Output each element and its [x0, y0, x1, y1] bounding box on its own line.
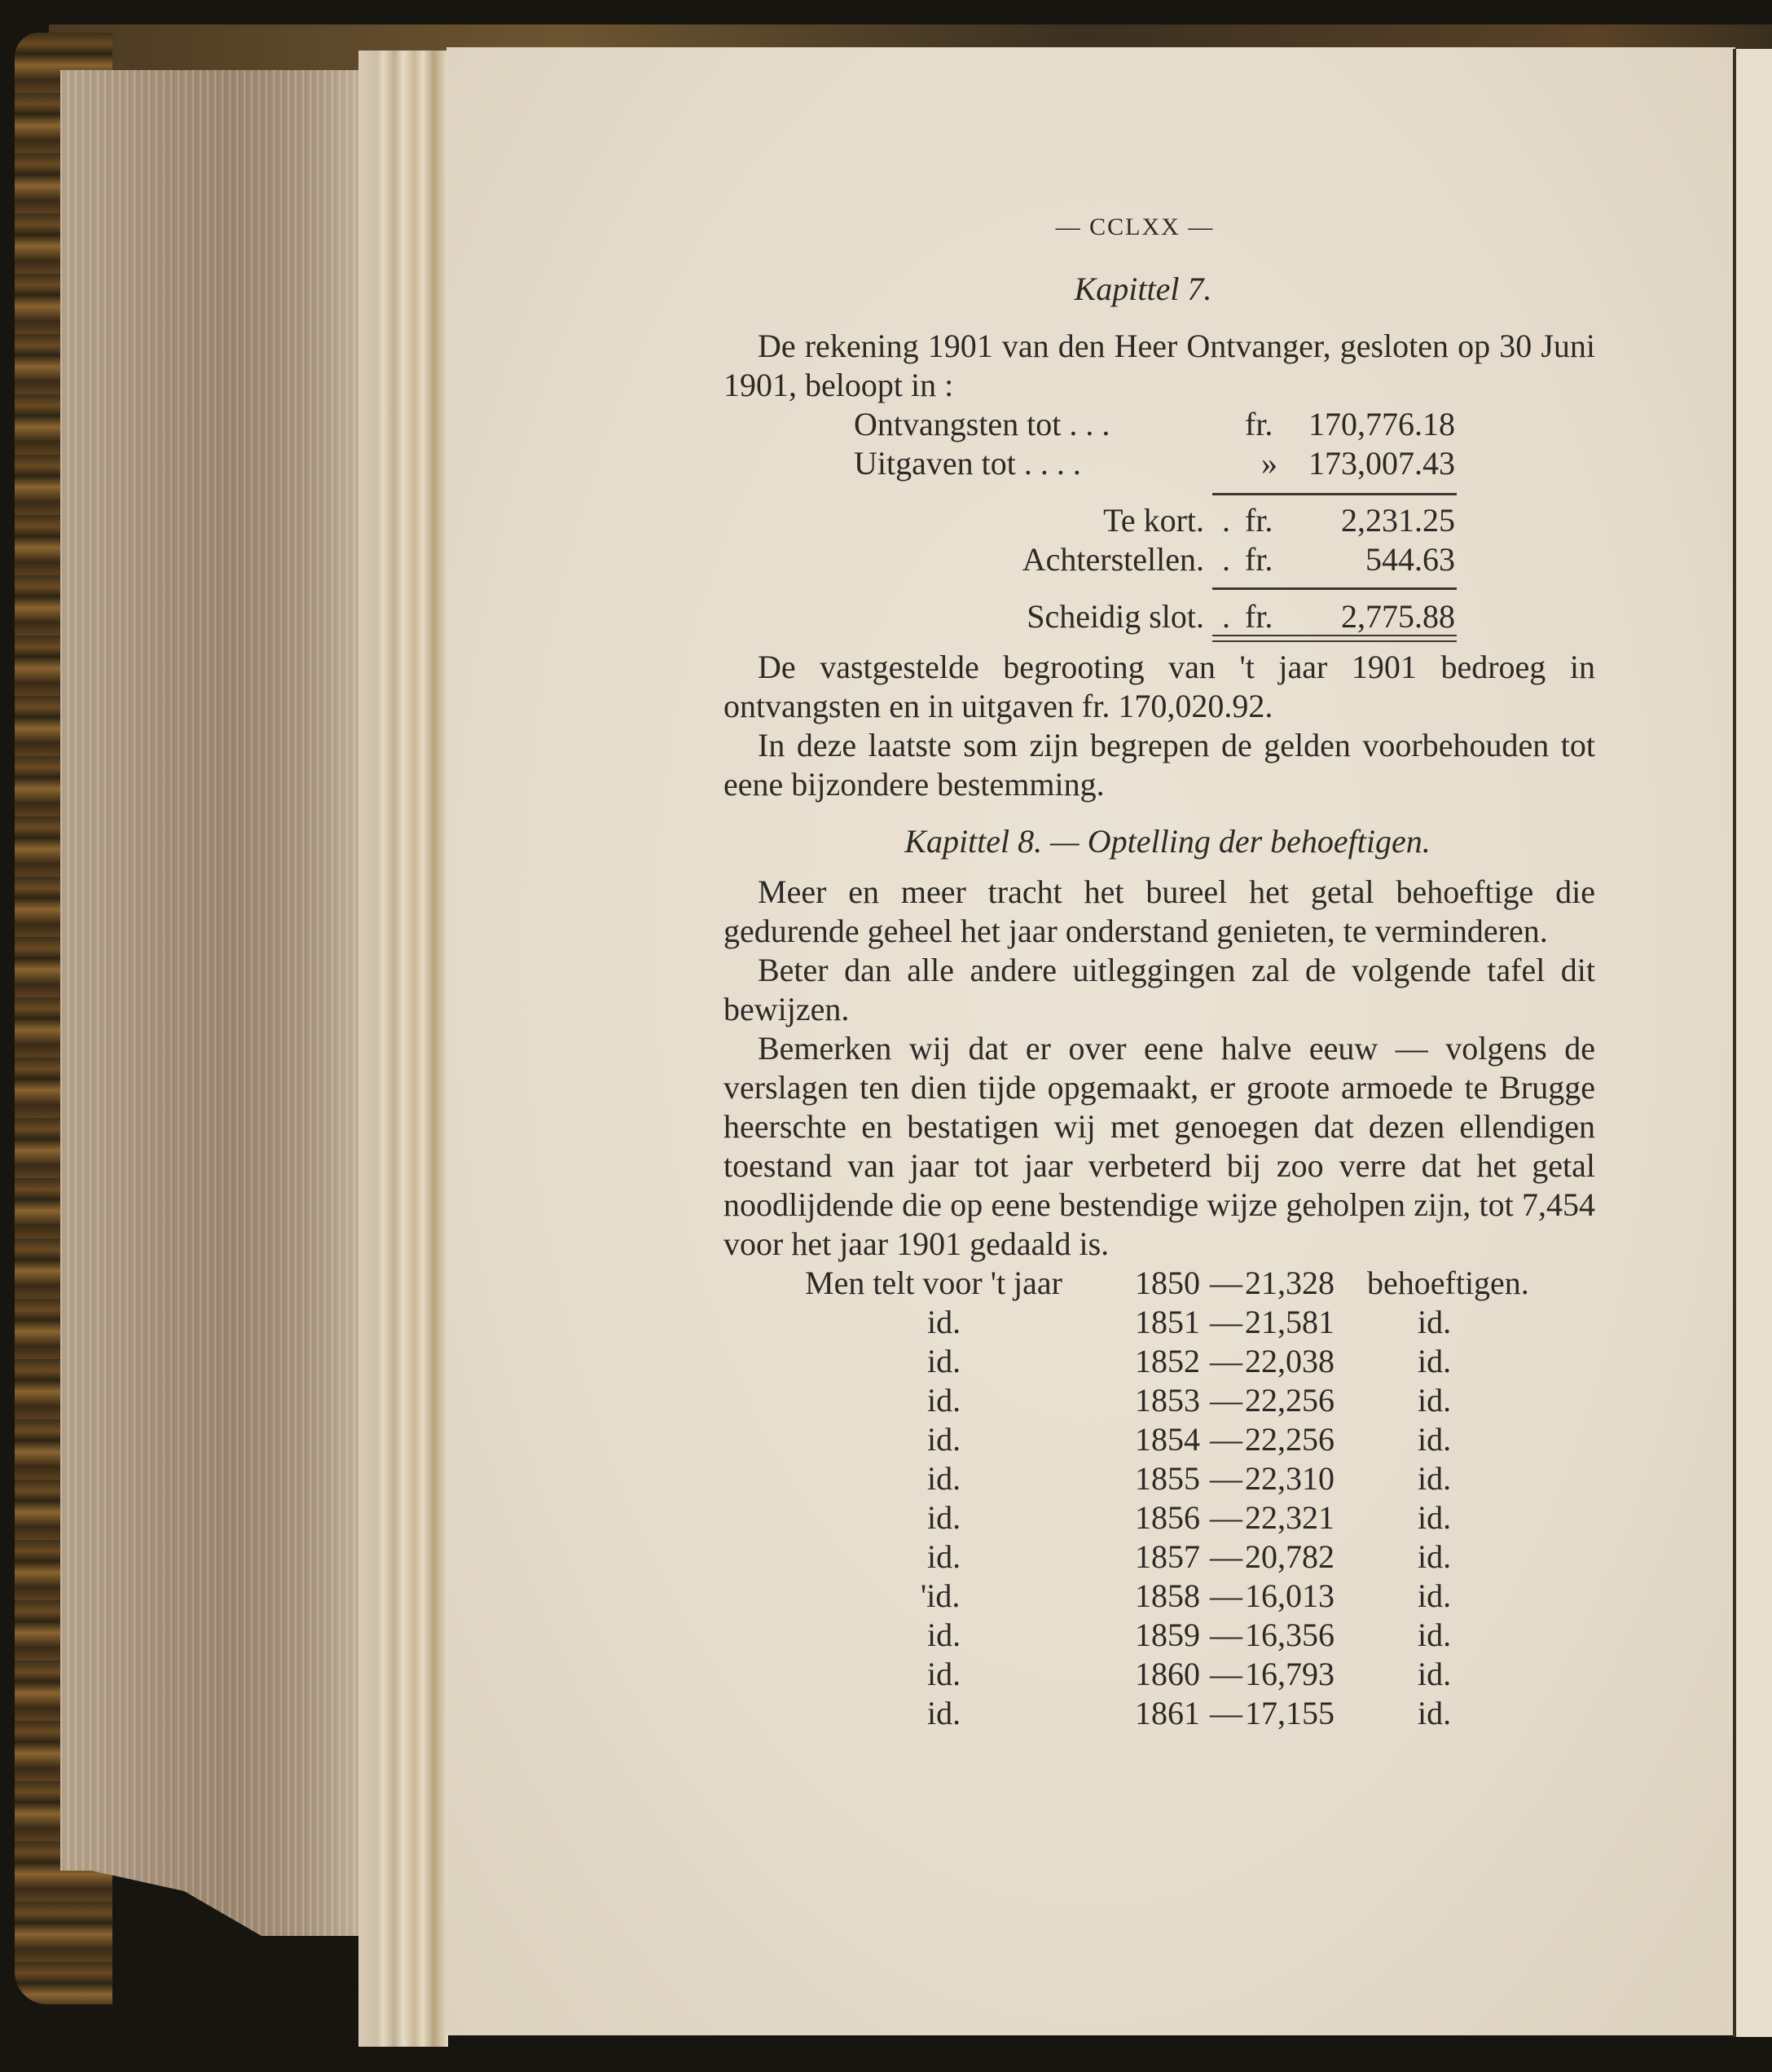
total-currency: fr.: [1245, 597, 1273, 636]
row-suffix: id.: [1418, 1381, 1451, 1420]
table-row: id. 1855 — 22,310 id.: [723, 1459, 1595, 1498]
table-row: id. 1851 — 21,581 id.: [723, 1303, 1595, 1342]
row-prefix: id.: [927, 1459, 961, 1498]
table-row: id. 1859 — 16,356 id.: [723, 1616, 1595, 1655]
row-year: 1858: [1135, 1577, 1200, 1616]
subtotal-dot: .: [1222, 540, 1230, 579]
row-count: 21,328: [1245, 1264, 1334, 1303]
total-row: Scheidig slot. . fr. 2,775.88: [723, 597, 1595, 636]
row-prefix: id.: [927, 1538, 961, 1577]
row-prefix: Men telt voor 't jaar: [805, 1264, 1062, 1303]
row-suffix: id.: [1418, 1655, 1451, 1694]
row-prefix: 'id.: [921, 1577, 960, 1616]
running-head: — CCLXX —: [675, 208, 1595, 247]
row-prefix: id.: [927, 1498, 961, 1538]
table-row: id. 1854 — 22,256 id.: [723, 1420, 1595, 1459]
subtotal-row: Te kort. . fr. 2,231.25: [723, 501, 1595, 540]
table-row: id. 1860 — 16,793 id.: [723, 1655, 1595, 1694]
table-row: id. 1861 — 17,155 id.: [723, 1694, 1595, 1733]
row-count: 17,155: [1245, 1694, 1334, 1733]
row-year: 1861: [1135, 1694, 1200, 1733]
chapter-7-title: Kapittel 7.: [691, 270, 1595, 309]
chapter-7-intro: De rekening 1901 van den Heer Ontvanger,…: [723, 327, 1595, 405]
row-year: 1859: [1135, 1616, 1200, 1655]
chapter-8-paragraph-1: Meer en meer tracht het bureel het getal…: [723, 873, 1595, 951]
row-prefix: id.: [927, 1655, 961, 1694]
row-dash: —: [1210, 1264, 1242, 1303]
row-prefix: id.: [927, 1694, 961, 1733]
row-count: 22,256: [1245, 1420, 1334, 1459]
row-suffix: id.: [1418, 1459, 1451, 1498]
account-amount: 173,007.43: [1308, 444, 1455, 483]
account-amount: 170,776.18: [1308, 405, 1455, 444]
row-prefix: id.: [927, 1616, 961, 1655]
row-dash: —: [1210, 1655, 1242, 1694]
account-currency: fr.: [1245, 405, 1273, 444]
total-dot: .: [1222, 597, 1230, 636]
chapter-8-title: Kapittel 8. — Optelling der behoeftigen.: [740, 822, 1595, 861]
table-row: id. 1856 — 22,321 id.: [723, 1498, 1595, 1538]
row-year: 1853: [1135, 1381, 1200, 1420]
subtotal-dot: .: [1222, 501, 1230, 540]
row-suffix: id.: [1418, 1498, 1451, 1538]
row-year: 1860: [1135, 1655, 1200, 1694]
table-row: Men telt voor 't jaar 1850 — 21,328 beho…: [723, 1264, 1595, 1303]
row-prefix: id.: [927, 1420, 961, 1459]
row-year: 1857: [1135, 1538, 1200, 1577]
row-suffix: id.: [1418, 1420, 1451, 1459]
subtotal-label: Achterstellen.: [1022, 540, 1204, 579]
chapter-7-paragraph-budget: De vastgestelde begrooting van 't jaar 1…: [723, 648, 1595, 726]
row-year: 1855: [1135, 1459, 1200, 1498]
page-stack-edge: [60, 70, 370, 1936]
poor-count-table: Men telt voor 't jaar 1850 — 21,328 beho…: [723, 1264, 1595, 1733]
subtotal-label: Te kort.: [1103, 501, 1204, 540]
row-dash: —: [1210, 1694, 1242, 1733]
row-prefix: id.: [927, 1381, 961, 1420]
row-year: 1856: [1135, 1498, 1200, 1538]
table-row: id. 1852 — 22,038 id.: [723, 1342, 1595, 1381]
table-row: 'id. 1858 — 16,013 id.: [723, 1577, 1595, 1616]
chapter-8-paragraph-2: Beter dan alle andere uitleggingen zal d…: [723, 951, 1595, 1029]
subtotal-amount: 544.63: [1365, 540, 1455, 579]
facing-page-edge: [1736, 49, 1772, 2037]
row-dash: —: [1210, 1577, 1242, 1616]
row-suffix: id.: [1418, 1577, 1451, 1616]
table-row: id. 1857 — 20,782 id.: [723, 1538, 1595, 1577]
chapter-7-paragraph-reserved: In deze laatste som zijn begrepen de gel…: [723, 726, 1595, 804]
table-row: id. 1853 — 22,256 id.: [723, 1381, 1595, 1420]
row-dash: —: [1210, 1538, 1242, 1577]
subtotal-amount: 2,231.25: [1341, 501, 1455, 540]
row-count: 22,310: [1245, 1459, 1334, 1498]
row-suffix: id.: [1418, 1303, 1451, 1342]
chapter-8-paragraph-3: Bemerken wij dat er over eene halve eeuw…: [723, 1029, 1595, 1264]
row-count: 16,356: [1245, 1616, 1334, 1655]
row-count: 22,321: [1245, 1498, 1334, 1538]
row-dash: —: [1210, 1303, 1242, 1342]
row-suffix: id.: [1418, 1538, 1451, 1577]
row-count: 16,013: [1245, 1577, 1334, 1616]
row-suffix: id.: [1418, 1694, 1451, 1733]
row-dash: —: [1210, 1420, 1242, 1459]
row-count: 22,256: [1245, 1381, 1334, 1420]
subtotal-currency: fr.: [1245, 540, 1273, 579]
row-prefix: id.: [927, 1342, 961, 1381]
row-year: 1854: [1135, 1420, 1200, 1459]
row-year: 1852: [1135, 1342, 1200, 1381]
row-dash: —: [1210, 1498, 1242, 1538]
sum-rule: [1212, 587, 1457, 590]
row-prefix: id.: [927, 1303, 961, 1342]
subtotal-row: Achterstellen. . fr. 544.63: [723, 540, 1595, 579]
row-count: 20,782: [1245, 1538, 1334, 1577]
page-text: — CCLXX — Kapittel 7. De rekening 1901 v…: [723, 208, 1595, 1733]
row-count: 21,581: [1245, 1303, 1334, 1342]
sum-rule: [1212, 493, 1457, 495]
sum-rule-row: [723, 483, 1595, 501]
row-year: 1850: [1135, 1264, 1200, 1303]
total-label: Scheidig slot.: [1027, 597, 1204, 636]
row-dash: —: [1210, 1381, 1242, 1420]
row-count: 16,793: [1245, 1655, 1334, 1694]
total-amount: 2,775.88: [1341, 597, 1455, 636]
total-double-rule: [1212, 635, 1457, 636]
row-suffix: behoeftigen.: [1367, 1264, 1529, 1303]
row-count: 22,038: [1245, 1342, 1334, 1381]
account-currency: »: [1261, 444, 1277, 483]
account-row: Ontvangsten tot . . . fr. 170,776.18: [723, 405, 1595, 444]
row-dash: —: [1210, 1459, 1242, 1498]
account-row: Uitgaven tot . . . . » 173,007.43: [723, 444, 1595, 483]
row-year: 1851: [1135, 1303, 1200, 1342]
account-label: Uitgaven tot . . . .: [854, 444, 1081, 483]
page-stack-steps: [358, 51, 448, 2047]
row-dash: —: [1210, 1342, 1242, 1381]
account-label: Ontvangsten tot . . .: [854, 405, 1110, 444]
row-dash: —: [1210, 1616, 1242, 1655]
subtotal-currency: fr.: [1245, 501, 1273, 540]
row-suffix: id.: [1418, 1616, 1451, 1655]
row-suffix: id.: [1418, 1342, 1451, 1381]
sum-rule-row: [723, 579, 1595, 597]
